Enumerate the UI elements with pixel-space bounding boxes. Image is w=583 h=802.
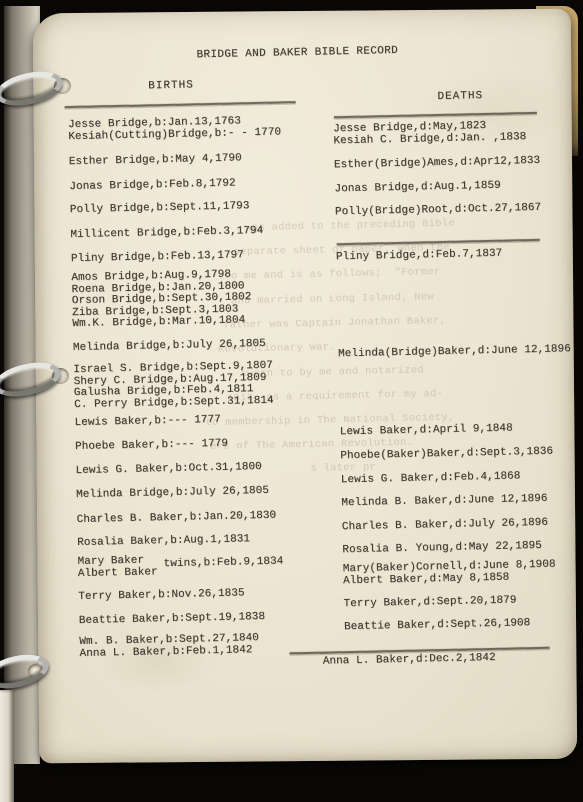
death-record-group: Anna L. Baker,d:Dec.2,1842 [323,653,496,668]
record-line: Charles B. Baker,b:Jan.20,1830 [77,511,277,527]
record-line: Beattie Baker,b:Sept.19,1838 [79,612,265,628]
births-header: BIRTHS [148,80,194,93]
births-header-underline [65,101,296,108]
record-line: Melinda(Bridge)Baker,d:June 12,1896 [338,344,571,361]
birth-record-group: Jonas Bridge,b:Feb.8,1792 [69,178,235,193]
record-line: Rosalia Baker,b:Aug.1,1831 [77,534,250,549]
record-line: Polly(Bridge)Root,d:Oct.27,1867 [335,203,541,219]
record-line: Esther(Bridge)Ames,d:Apr12,1833 [334,156,540,172]
deaths-header-underline [334,112,537,118]
death-record-group: Lewis Baker,d:April 9,1848 [340,423,513,438]
death-record-group: Pliny Bridge,d:Feb.7,1837 [336,249,502,264]
record-line: Lewis G. Baker,b:Oct.31,1800 [75,462,261,478]
death-record-group: Jesse Bridge,d:May,1823 Kesiah C. Bridge… [333,120,526,147]
bleed-through-line: was added to the preceding Bible [245,219,455,235]
record-line: Lewis Baker,b:--- 1777 [74,415,221,430]
birth-record-group: Terry Baker,b:Nov.26,1835 [78,588,244,603]
deaths-header: DEATHS [437,91,483,104]
birth-record-group: Phoebe Baker,b:--- 1779 [75,439,228,454]
birth-record-group: Charles B. Baker,b:Jan.20,1830 [77,511,277,527]
record-line: Charles B. Baker,d:July 26,1896 [342,518,548,534]
record-line: Melinda Bridge,b:July 26,1805 [76,486,269,502]
death-record-group: Melinda B. Baker,d:June 12,1896 [341,494,547,510]
record-line: Millicent Bridge,b:Feb.3,1794 [70,226,263,242]
death-record-group: Rosalia B. Young,d:May 22,1895 [342,541,542,557]
record-line: Albert Baker,d:May 8,1858 [343,571,556,587]
death-record-group: Terry Baker,d:Sept.20,1879 [343,595,516,610]
death-record-group: Polly(Bridge)Root,d:Oct.27,1867 [335,203,541,219]
twins-annotation: twins,b:Feb.9,1834 [164,557,284,571]
death-record-group: Lewis G. Baker,d:Feb.4,1868 [341,471,521,487]
record-line: Phoebe Baker,b:--- 1779 [75,439,228,454]
record-line: Anna L. Baker,d:Dec.2,1842 [323,653,496,668]
death-record-group: Melinda(Bridge)Baker,d:June 12,1896 [338,344,571,361]
record-line: Esther Bridge,b:May 4,1790 [69,153,242,168]
birth-record-group: Wm. B. Baker,b:Sept.27,1840 Anna L. Bake… [79,633,259,660]
death-record-group: Esther(Bridge)Ames,d:Apr12,1833 [334,156,540,172]
record-line: Anna L. Baker,b:Feb.1,1842 [79,645,259,661]
record-line: Polly Bridge,b:Sept.11,1793 [70,201,250,217]
record-line: Pliny Bridge,d:Feb.7,1837 [336,249,502,264]
typed-content: BRIDGE AND BAKER BIBLE RECORD BIRTHS DEA… [29,5,583,767]
record-line: Rosalia B. Young,d:May 22,1895 [342,541,542,557]
birth-record-group: Rosalia Baker,b:Aug.1,1831 [77,534,250,549]
birth-record-group: Israel S. Bridge,b:Sept.9,1807 Shery C. … [73,361,274,412]
notebook-page: BRIDGE AND BAKER BIBLE RECORD BIRTHS DEA… [33,9,578,764]
record-line: Terry Baker,b:Nov.26,1835 [78,588,244,603]
birth-record-group: Polly Bridge,b:Sept.11,1793 [70,201,250,217]
record-line: Kesiah(Cutting)Bridge,b:- - 1770 [68,127,281,143]
record-line: Beattie Baker,d:Sept.26,1908 [344,618,530,634]
record-line: Kesiah C. Bridge,d:Jan. ,1838 [333,132,526,148]
page-stack-edge [0,690,14,802]
record-line: Terry Baker,d:Sept.20,1879 [343,595,516,610]
record-line: Lewis Baker,d:April 9,1848 [340,423,513,438]
record-line: Lewis G. Baker,d:Feb.4,1868 [341,471,521,487]
record-line: Melinda B. Baker,d:June 12,1896 [341,494,547,510]
record-line: Jonas Bridge,b:Feb.8,1792 [69,178,235,193]
death-record-group: Mary(Baker)Cornell,d:June 8,1908 Albert … [343,560,556,588]
birth-record-group: Beattie Baker,b:Sept.19,1838 [79,612,265,628]
birth-record-group: Millicent Bridge,b:Feb.3,1794 [70,226,263,242]
bleed-through-line: to me and is as follows; "Former [224,267,440,283]
record-line: Jonas Bridge,d:Aug.1,1859 [334,181,500,196]
death-record-group: Charles B. Baker,d:July 26,1896 [342,518,548,534]
birth-record-group: Amos Bridge,b:Aug.9,1798 Roena Bridge,b:… [71,269,252,331]
death-record-group: Phoebe(Baker)Baker,d:Sept.3,1836 [340,447,553,463]
birth-record-group-twins: Mary Baker Albert Baker twins,b:Feb.9,18… [77,555,157,580]
record-line: Phoebe(Baker)Baker,d:Sept.3,1836 [340,447,553,463]
birth-record-group: Esther Bridge,b:May 4,1790 [69,153,242,168]
birth-record-group: Lewis G. Baker,b:Oct.31,1800 [75,462,261,478]
bleed-through-line: father was Captain Jonathan Baker, [223,316,446,332]
record-line: C. Perry Bridge,b:Sept.31,1814 [74,395,274,411]
death-record-group: Jonas Bridge,d:Aug.1,1859 [334,181,500,196]
bleed-through-line: and married on Long Island, New [231,292,434,308]
photo-background: BRIDGE AND BAKER BIBLE RECORD BIRTHS DEA… [0,0,583,802]
birth-record-group: Pliny Bridge,b:Feb.13,1797 [71,250,244,265]
birth-record-group: Lewis Baker,b:--- 1777 [74,415,221,430]
record-line: Albert Baker [78,567,158,580]
page-title: BRIDGE AND BAKER BIBLE RECORD [196,46,398,62]
birth-record-group: Jesse Bridge,b:Jan.13,1763 Kesiah(Cuttin… [68,115,281,143]
record-line: Pliny Bridge,b:Feb.13,1797 [71,250,244,265]
birth-record-group: Melinda Bridge,b:July 26,1805 [76,486,269,502]
death-record-group: Beattie Baker,d:Sept.26,1908 [344,618,530,634]
